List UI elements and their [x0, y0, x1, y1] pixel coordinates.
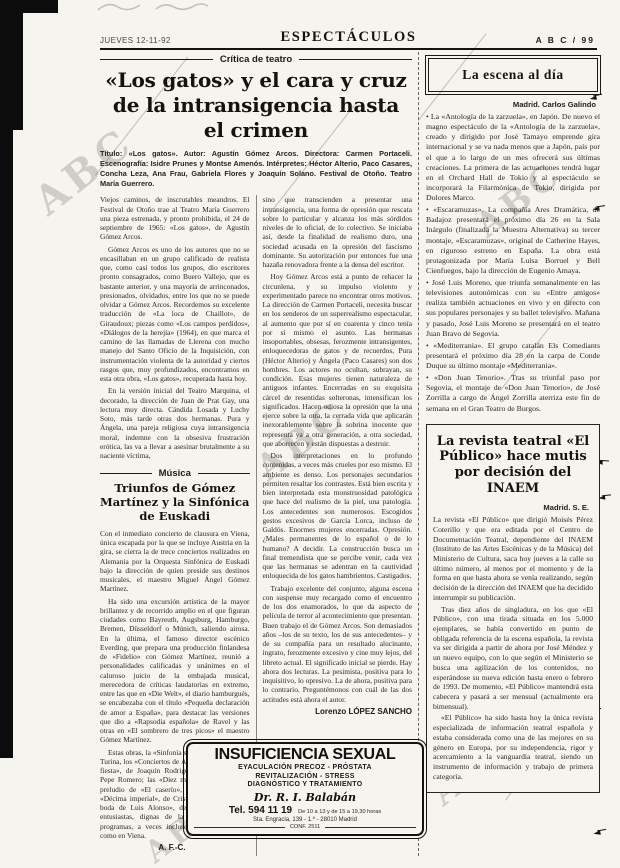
- ad-conf-label: CONF. 2511: [285, 824, 325, 830]
- paragraph: Con el inmediato concierto de clausura e…: [100, 529, 250, 594]
- ad-hours: De 10 a 13 y de 15 a 19,30 horas: [298, 809, 381, 815]
- paragraph: Viejos caminos, de inscrutables meandros…: [100, 195, 250, 241]
- right-rail: La escena al día Madrid. Carlos Galindo …: [418, 52, 600, 856]
- ad-line-3: REVITALIZACIÓN - STRESS: [194, 773, 416, 782]
- kicker-label: Crítica de teatro: [213, 54, 299, 65]
- paragraph: • José Luis Moreno, que triunfa semanalm…: [426, 278, 600, 339]
- paragraph: sino que transcienden a presentar una in…: [263, 195, 413, 269]
- review-body-part2: sino que transcienden a presentar una in…: [263, 195, 413, 704]
- inaem-body: La revista «El Público» que dirigió Mois…: [433, 515, 593, 781]
- kicker-critica-de-teatro: Crítica de teatro: [100, 54, 412, 65]
- review-body-part1: Viejos caminos, de inscrutables meandros…: [100, 195, 250, 460]
- paragraph: Dos interpretaciones en lo profundo cont…: [263, 451, 413, 581]
- page-layout: Crítica de teatro «Los gatos» y el cara …: [100, 52, 600, 856]
- review-signature: Lorenzo LÓPEZ SANCHO: [263, 707, 413, 716]
- paragraph: • «Don Juan Tenorio». Tras su triunfal p…: [426, 373, 600, 414]
- escena-al-dia-box: La escena al día: [428, 58, 598, 92]
- ad-phone: Tel. 594 11 19: [229, 805, 292, 816]
- rail-byline: Madrid. Carlos Galindo: [426, 100, 596, 109]
- paragraph: • «Escaramuzas». La compañía Ares Dramát…: [426, 205, 600, 276]
- ad-address: Sta. Engracia, 139 - 1.º - 28010 Madrid: [194, 817, 416, 823]
- section-title: ESPECTÁCULOS: [100, 29, 597, 46]
- ad-line-2: EYACULACIÓN PRECOZ - PRÓSTATA: [194, 764, 416, 773]
- review-credits: Título: «Los gatos». Autor: Agustín Góme…: [100, 149, 412, 188]
- paragraph: «El Público» ha sido hasta hoy la única …: [433, 713, 593, 781]
- escena-al-dia-title: La escena al día: [462, 67, 563, 82]
- inaem-article-box: La revista teatral «El Público» hace mut…: [426, 424, 600, 794]
- pencil-mark: [96, 0, 226, 14]
- music-signature: A. F.-C.: [100, 843, 250, 852]
- kicker-musica: Música: [100, 468, 250, 479]
- paragraph: Gómez Arcos es uno de los autores que no…: [100, 245, 250, 384]
- ad-title: INSUFICIENCIA SEXUAL: [194, 747, 416, 764]
- paragraph: En la versión inicial del Teatro Marquin…: [100, 386, 250, 460]
- scan-edge-bar: [0, 0, 13, 758]
- ad-conf: CONF. 2511: [194, 824, 416, 830]
- kicker-label: Música: [152, 468, 198, 479]
- newspaper-page: ABC ABC ABC ABC ABC JUEVES 12-11-92 ESPE…: [0, 0, 620, 868]
- music-headline: Triunfos de Gómez Martínez y la Sinfónic…: [100, 482, 250, 523]
- paragraph: Ha sido una excursión artística de la ma…: [100, 597, 250, 745]
- escena-items: • La «Antología de la zarzuela», en Japó…: [426, 112, 600, 414]
- paragraph: Hoy Gómez Arcos está a punto de rehacer …: [263, 272, 413, 448]
- paragraph: La revista «El Público» que dirigió Mois…: [433, 515, 593, 602]
- classified-ad: INSUFICIENCIA SEXUAL EYACULACIÓN PRECOZ …: [186, 742, 424, 836]
- ad-line-4: DIAGNÓSTICO Y TRATAMIENTO: [194, 781, 416, 790]
- ad-phone-row: Tel. 594 11 19 De 10 a 13 y de 15 a 19,3…: [194, 805, 416, 816]
- paragraph: • La «Antología de la zarzuela», en Japó…: [426, 112, 600, 203]
- inaem-byline: Madrid. S. E.: [433, 503, 589, 512]
- theatre-review-article: Crítica de teatro «Los gatos» y el cara …: [100, 52, 412, 856]
- paragraph: • «Mediterrania». El grupo catalán Els C…: [426, 341, 600, 371]
- paragraph: Tras diez años de singladura, en los que…: [433, 605, 593, 712]
- page-number: A B C / 99: [536, 35, 595, 45]
- inaem-headline: La revista teatral «El Público» hace mut…: [435, 434, 591, 497]
- ad-doctor-name: Dr. R. I. Balabán: [194, 791, 416, 804]
- scan-corner-mark: [0, 0, 58, 13]
- review-headline: «Los gatos» y el cara y cruz de la intra…: [104, 68, 408, 143]
- masthead: JUEVES 12-11-92 ESPECTÁCULOS A B C / 99: [100, 32, 597, 50]
- paragraph: Trabajo excelente del conjunto, alguna e…: [263, 584, 413, 704]
